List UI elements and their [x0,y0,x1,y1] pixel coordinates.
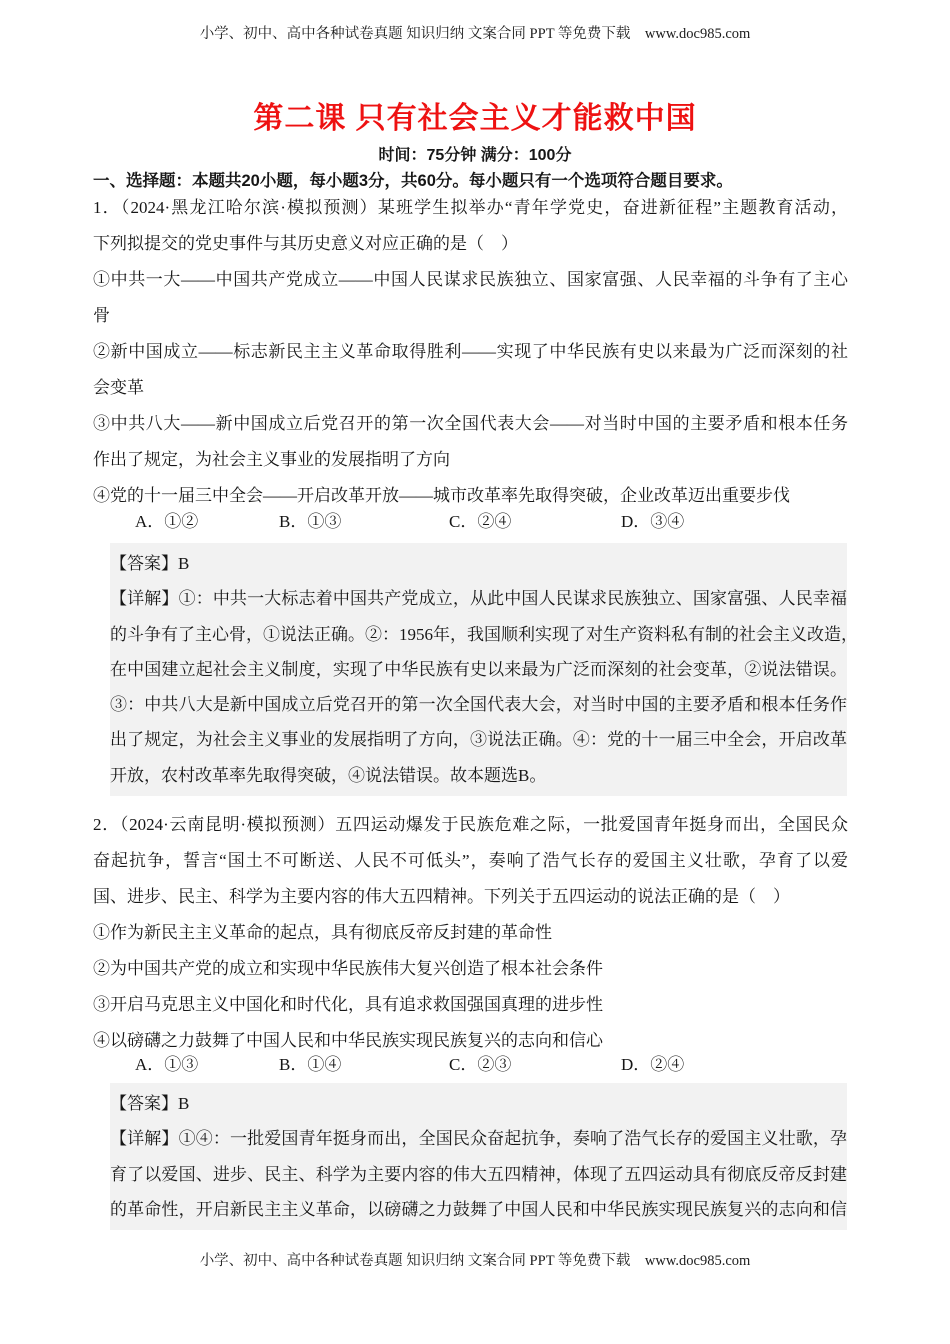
answer-label-line: 【答案】B [110,1086,847,1121]
question-1-statement-3: ③中共八大——新中国成立后党召开的第一次全国代表大会——对当时中国的主要矛盾和根… [93,406,848,442]
explanation-line: 出了规定，为社会主义事业的发展指明了方向，③说法正确。④：党的十一届三中全会，开… [110,722,847,757]
question-1-line: 1．（2024·黑龙江哈尔滨·模拟预测）某班学生拟举办“青年学党史，奋进新征程”… [93,190,848,226]
question-1-option-b: B．①③ [279,505,341,539]
explanation-line: 【详解】①④：一批爱国青年挺身而出，全国民众奋起抗争，奏响了浩气长存的爱国主义壮… [110,1121,847,1156]
explanation-line: 的斗争有了主心骨，①说法正确。②：1956年，我国顺利实现了对生产资料私有制的社… [110,617,847,652]
question-2-option-c: C．②③ [449,1048,511,1082]
question-2-stem: 2．（2024·云南昆明·模拟预测）五四运动爆发于民族危难之际，一批爱国青年挺身… [93,807,848,1059]
question-1-option-d: D．③④ [621,505,684,539]
question-1-line: 下列拟提交的党史事件与其历史意义对应正确的是（ ） [93,226,848,262]
exam-time-score: 时间：75分钟 满分：100分 [0,142,950,165]
question-1-option-a: A．①② [135,505,198,539]
question-2-answer-block: 【答案】B 【详解】①④：一批爱国青年挺身而出，全国民众奋起抗争，奏响了浩气长存… [110,1083,847,1230]
question-2-option-a: A．①③ [135,1048,198,1082]
question-1-statement-2-cont: 会变革 [93,370,848,406]
question-2-statement-1: ①作为新民主主义革命的起点，具有彻底反帝反封建的革命性 [93,915,848,951]
question-2-statement-3: ③开启马克思主义中国化和时代化，具有追求救国强国真理的进步性 [93,987,848,1023]
question-2-line: 奋起抗争，誓言“国土不可断送、人民不可低头”，奏响了浩气长存的爱国主义壮歌，孕育… [93,843,848,879]
exam-document-page: 小学、初中、高中各种试卷真题 知识归纳 文案合同 PPT 等免费下载 www.d… [0,0,950,1344]
question-1-statement-1-cont: 骨 [93,298,848,334]
question-1-statement-2: ②新中国成立——标志新民主主义革命取得胜利——实现了中华民族有史以来最为广泛而深… [93,334,848,370]
explanation-line: 在中国建立起社会主义制度，实现了中华民族有史以来最为广泛而深刻的社会变革，②说法… [110,652,847,687]
question-2-statement-2: ②为中国共产党的成立和实现中华民族伟大复兴创造了根本社会条件 [93,951,848,987]
question-2-line: 国、进步、民主、科学为主要内容的伟大五四精神。下列关于五四运动的说法正确的是（ … [93,879,848,915]
page-header-text: 小学、初中、高中各种试卷真题 知识归纳 文案合同 PPT 等免费下载 www.d… [0,22,950,43]
question-1-options: A．①② B．①③ C．②④ D．③④ [93,505,848,539]
question-2-options: A．①③ B．①④ C．②③ D．②④ [93,1048,848,1082]
question-1-stem: 1．（2024·黑龙江哈尔滨·模拟预测）某班学生拟举办“青年学党史，奋进新征程”… [93,190,848,514]
question-2-option-d: D．②④ [621,1048,684,1082]
page-footer-text: 小学、初中、高中各种试卷真题 知识归纳 文案合同 PPT 等免费下载 www.d… [0,1249,950,1270]
question-1-answer-block: 【答案】B 【详解】①：中共一大标志着中国共产党成立，从此中国人民谋求民族独立、… [110,543,847,796]
explanation-line: 的革命性，开启新民主主义革命，以磅礴之力鼓舞了中国人民和中华民族实现民族复兴的志… [110,1192,847,1227]
explanation-line: 育了以爱国、进步、民主、科学为主要内容的伟大五四精神，体现了五四运动具有彻底反帝… [110,1157,847,1192]
question-2-line: 2．（2024·云南昆明·模拟预测）五四运动爆发于民族危难之际，一批爱国青年挺身… [93,807,848,843]
question-1-statement-1: ①中共一大——中国共产党成立——中国人民谋求民族独立、国家富强、人民幸福的斗争有… [93,262,848,298]
answer-label-line: 【答案】B [110,546,847,581]
question-1-option-c: C．②④ [449,505,511,539]
section-1-heading: 一、选择题：本题共20小题，每小题3分，共60分。每小题只有一个选项符合题目要求… [93,167,853,191]
explanation-line: 开放，农村改革率先取得突破，④说法错误。故本题选B。 [110,758,847,793]
page-title: 第二课 只有社会主义才能救中国 [0,93,950,137]
question-1-statement-3-cont: 作出了规定，为社会主义事业的发展指明了方向 [93,442,848,478]
explanation-line: ③：中共八大是新中国成立后党召开的第一次全国代表大会，对当时中国的主要矛盾和根本… [110,687,847,722]
explanation-line: 【详解】①：中共一大标志着中国共产党成立，从此中国人民谋求民族独立、国家富强、人… [110,581,847,616]
question-2-option-b: B．①④ [279,1048,341,1082]
